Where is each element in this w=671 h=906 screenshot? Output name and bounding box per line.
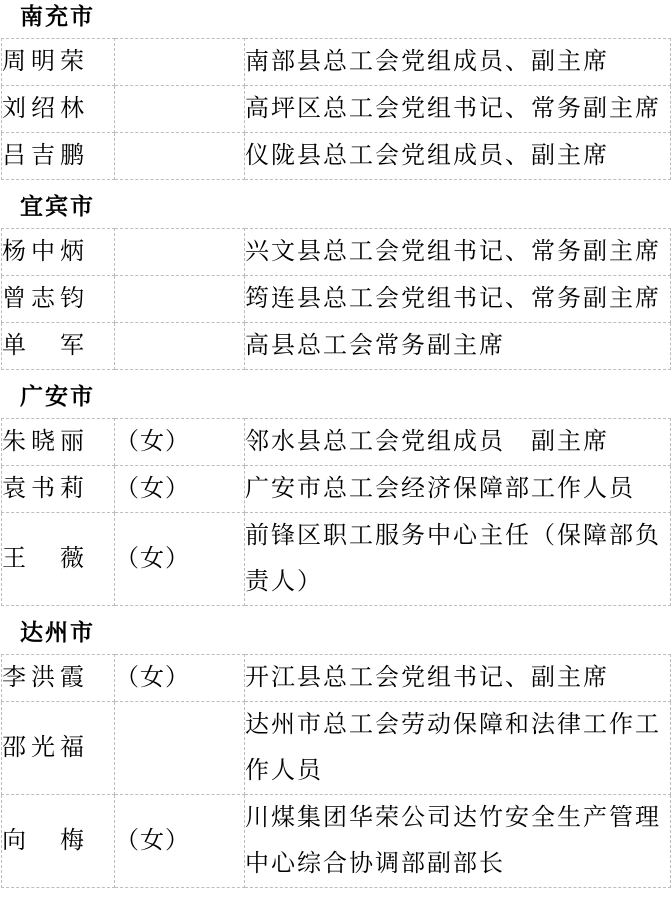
gender-cell: [115, 39, 245, 86]
table-row: 向 梅（女）川煤集团华荣公司达竹安全生产管理中心综合协调部副部长: [2, 795, 671, 888]
roster-table: 朱晓丽（女）邻水县总工会党组成员 副主席袁书莉（女）广安市总工会经济保障部工作人…: [1, 418, 671, 606]
position-cell: 高坪区总工会党组书记、常务副主席: [245, 86, 671, 133]
table-row: 刘绍林高坪区总工会党组书记、常务副主席: [2, 86, 671, 133]
position-cell: 川煤集团华荣公司达竹安全生产管理中心综合协调部副部长: [245, 795, 671, 888]
gender-cell: [115, 323, 245, 370]
name-cell: 周明荣: [2, 39, 115, 86]
city-section: 南充市周明荣南部县总工会党组成员、副主席刘绍林高坪区总工会党组书记、常务副主席吕…: [0, 4, 671, 180]
table-row: 曾志钧筠连县总工会党组书记、常务副主席: [2, 276, 671, 323]
city-section: 宜宾市杨中炳兴文县总工会党组书记、常务副主席曾志钧筠连县总工会党组书记、常务副主…: [0, 194, 671, 370]
city-header: 宜宾市: [20, 194, 671, 220]
position-cell: 达州市总工会劳动保障和法律工作工作人员: [245, 702, 671, 795]
gender-cell: [115, 276, 245, 323]
roster-table: 杨中炳兴文县总工会党组书记、常务副主席曾志钧筠连县总工会党组书记、常务副主席单 …: [1, 228, 671, 370]
name-cell: 袁书莉: [2, 466, 115, 513]
position-cell: 高县总工会常务副主席: [245, 323, 671, 370]
city-header: 达州市: [20, 620, 671, 646]
table-row: 袁书莉（女）广安市总工会经济保障部工作人员: [2, 466, 671, 513]
city-section: 广安市朱晓丽（女）邻水县总工会党组成员 副主席袁书莉（女）广安市总工会经济保障部…: [0, 384, 671, 606]
position-cell: 开江县总工会党组书记、副主席: [245, 655, 671, 702]
position-cell: 前锋区职工服务中心主任（保障部负责人）: [245, 513, 671, 606]
table-row: 邵光福达州市总工会劳动保障和法律工作工作人员: [2, 702, 671, 795]
roster-table: 李洪霞（女）开江县总工会党组书记、副主席邵光福达州市总工会劳动保障和法律工作工作…: [1, 654, 671, 888]
position-cell: 邻水县总工会党组成员 副主席: [245, 419, 671, 466]
gender-cell: （女）: [115, 655, 245, 702]
name-cell: 吕吉鹏: [2, 133, 115, 180]
table-row: 杨中炳兴文县总工会党组书记、常务副主席: [2, 229, 671, 276]
gender-cell: （女）: [115, 466, 245, 513]
position-cell: 兴文县总工会党组书记、常务副主席: [245, 229, 671, 276]
gender-cell: （女）: [115, 419, 245, 466]
gender-cell: （女）: [115, 513, 245, 606]
position-cell: 南部县总工会党组成员、副主席: [245, 39, 671, 86]
table-row: 吕吉鹏仪陇县总工会党组成员、副主席: [2, 133, 671, 180]
position-cell: 仪陇县总工会党组成员、副主席: [245, 133, 671, 180]
table-row: 朱晓丽（女）邻水县总工会党组成员 副主席: [2, 419, 671, 466]
position-cell: 筠连县总工会党组书记、常务副主席: [245, 276, 671, 323]
name-cell: 朱晓丽: [2, 419, 115, 466]
table-row: 周明荣南部县总工会党组成员、副主席: [2, 39, 671, 86]
position-cell: 广安市总工会经济保障部工作人员: [245, 466, 671, 513]
gender-cell: [115, 702, 245, 795]
gender-cell: [115, 133, 245, 180]
name-cell: 向 梅: [2, 795, 115, 888]
name-cell: 曾志钧: [2, 276, 115, 323]
name-cell: 邵光福: [2, 702, 115, 795]
table-row: 王 薇（女）前锋区职工服务中心主任（保障部负责人）: [2, 513, 671, 606]
name-cell: 杨中炳: [2, 229, 115, 276]
table-row: 单 军高县总工会常务副主席: [2, 323, 671, 370]
city-section: 达州市李洪霞（女）开江县总工会党组书记、副主席邵光福达州市总工会劳动保障和法律工…: [0, 620, 671, 888]
city-header: 广安市: [20, 384, 671, 410]
table-row: 李洪霞（女）开江县总工会党组书记、副主席: [2, 655, 671, 702]
gender-cell: （女）: [115, 795, 245, 888]
name-cell: 王 薇: [2, 513, 115, 606]
city-header: 南充市: [20, 4, 671, 30]
roster-document: 南充市周明荣南部县总工会党组成员、副主席刘绍林高坪区总工会党组书记、常务副主席吕…: [0, 4, 671, 888]
gender-cell: [115, 86, 245, 133]
name-cell: 李洪霞: [2, 655, 115, 702]
name-cell: 单 军: [2, 323, 115, 370]
gender-cell: [115, 229, 245, 276]
name-cell: 刘绍林: [2, 86, 115, 133]
roster-table: 周明荣南部县总工会党组成员、副主席刘绍林高坪区总工会党组书记、常务副主席吕吉鹏仪…: [1, 38, 671, 180]
